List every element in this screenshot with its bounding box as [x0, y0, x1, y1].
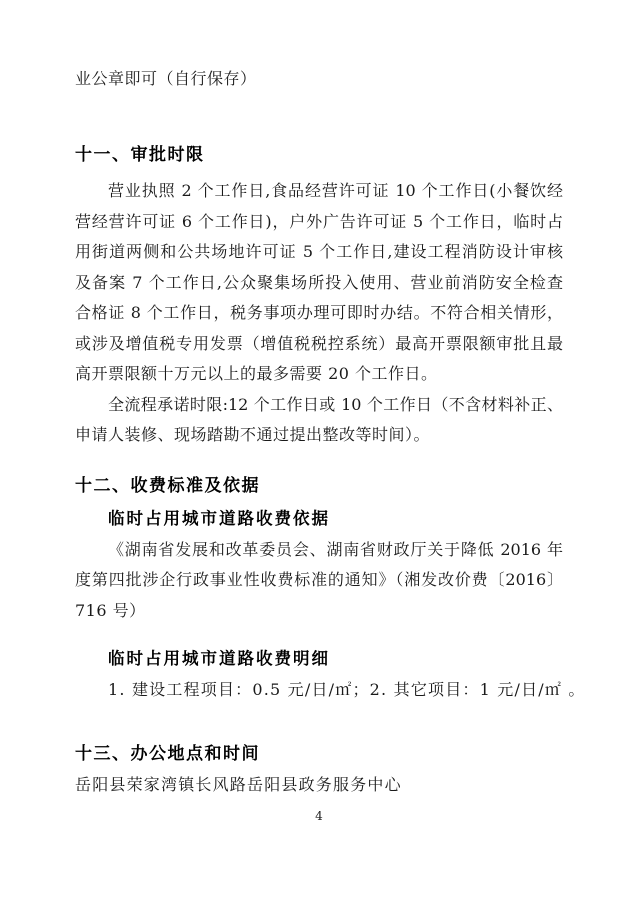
paragraph-line: 用街道两侧和公共场地许可证 5 个工作日,建设工程消防设计审核 [75, 237, 563, 268]
page-number: 4 [75, 808, 563, 824]
paragraph-line: 度第四批涉企行政事业性收费标准的通知》（湘发改价费〔2016〕 [75, 565, 563, 596]
paragraph-line: 或涉及增值税专用发票（增值税税控系统）最高开票限额审批且最 [75, 329, 563, 360]
section-12-subheading-fee-detail: 临时占用城市道路收费明细 [75, 644, 563, 675]
paragraph-line: 营经营许可证 6 个工作日)，户外广告许可证 5 个工作日，临时占 [75, 207, 563, 238]
paragraph-line: 《湖南省发展和改革委员会、湖南省财政厅关于降低 2016 年 [75, 535, 563, 566]
paragraph-line: 全流程承诺时限:12 个工作日或 10 个工作日（不含材料补正、 [75, 390, 563, 421]
section-11-paragraph-approval-times: 营业执照 2 个工作日,食品经营许可证 10 个工作日(小餐饮经 营经营许可证 … [75, 176, 563, 390]
paragraph-line: 营业执照 2 个工作日,食品经营许可证 10 个工作日(小餐饮经 [75, 176, 563, 207]
section-13-address-line: 岳阳县荣家湾镇长风路岳阳县政务服务中心 [75, 770, 563, 801]
section-11-paragraph-commitment: 全流程承诺时限:12 个工作日或 10 个工作日（不含材料补正、 申请人装修、现… [75, 390, 563, 451]
document-page: 业公章即可（自行保存） 十一、审批时限 营业执照 2 个工作日,食品经营许可证 … [0, 0, 634, 898]
section-12-paragraph-fee-basis: 《湖南省发展和改革委员会、湖南省财政厅关于降低 2016 年 度第四批涉企行政事… [75, 535, 563, 627]
paragraph-line: 申请人装修、现场踏勘不通过提出整改等时间）。 [75, 420, 563, 451]
section-13-heading: 十三、办公地点和时间 [75, 739, 563, 770]
intro-continuation-line: 业公章即可（自行保存） [75, 64, 563, 95]
paragraph-line: 合格证 8 个工作日，税务事项办理可即时办结。不符合相关情形， [75, 298, 563, 329]
paragraph-line: 1. 建设工程项目：0.5 元/日/㎡；2. 其它项目：1 元/日/㎡ 。 [75, 675, 563, 706]
paragraph-line: 高开票限额十万元以上的最多需要 20 个工作日。 [75, 359, 563, 390]
paragraph-line: 716 号） [75, 596, 563, 627]
section-11-heading: 十一、审批时限 [75, 140, 563, 171]
section-12-paragraph-fee-detail: 1. 建设工程项目：0.5 元/日/㎡；2. 其它项目：1 元/日/㎡ 。 [75, 675, 563, 706]
section-12-subheading-fee-basis: 临时占用城市道路收费依据 [75, 504, 563, 535]
section-12-heading: 十二、收费标准及依据 [75, 471, 563, 502]
paragraph-line: 及备案 7 个工作日,公众聚集场所投入使用、营业前消防安全检查 [75, 268, 563, 299]
